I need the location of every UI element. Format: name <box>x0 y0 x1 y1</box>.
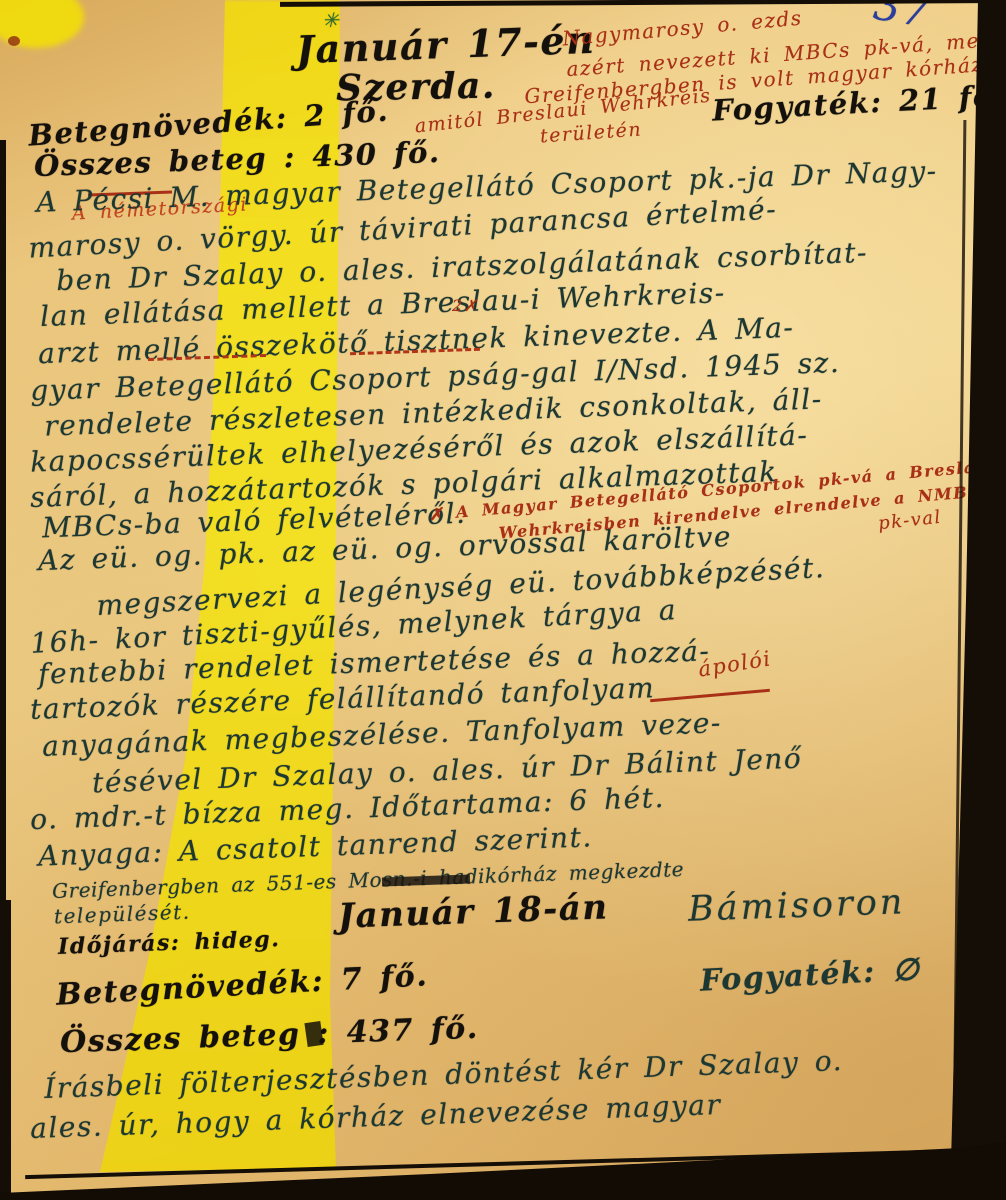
red-strike-tanfolyam <box>650 689 770 702</box>
black-overwrite-437 <box>304 1021 323 1047</box>
note-greifenberg-line2: települését. <box>54 900 191 929</box>
entry-date-jan18: Január 18-án <box>337 887 609 936</box>
frame-left-edge-lower <box>0 900 11 1200</box>
signature: Bámisoron <box>687 882 906 930</box>
stat-loss-jan18: Fogyaték: ∅ <box>699 952 921 998</box>
journal-page: 37 ✳ Január 17-én Szerda. Nagymarosy o. … <box>0 0 1006 1200</box>
red-ink-dot <box>8 36 20 46</box>
stat-total-jan18: Összes beteg : 437 fő. <box>60 1011 480 1061</box>
red-x-above-tisztnek: 2✗ <box>452 296 479 315</box>
red-insert-pkval: pk-val <box>877 507 943 535</box>
entry-date-jan17: Január 17-én <box>295 17 596 72</box>
